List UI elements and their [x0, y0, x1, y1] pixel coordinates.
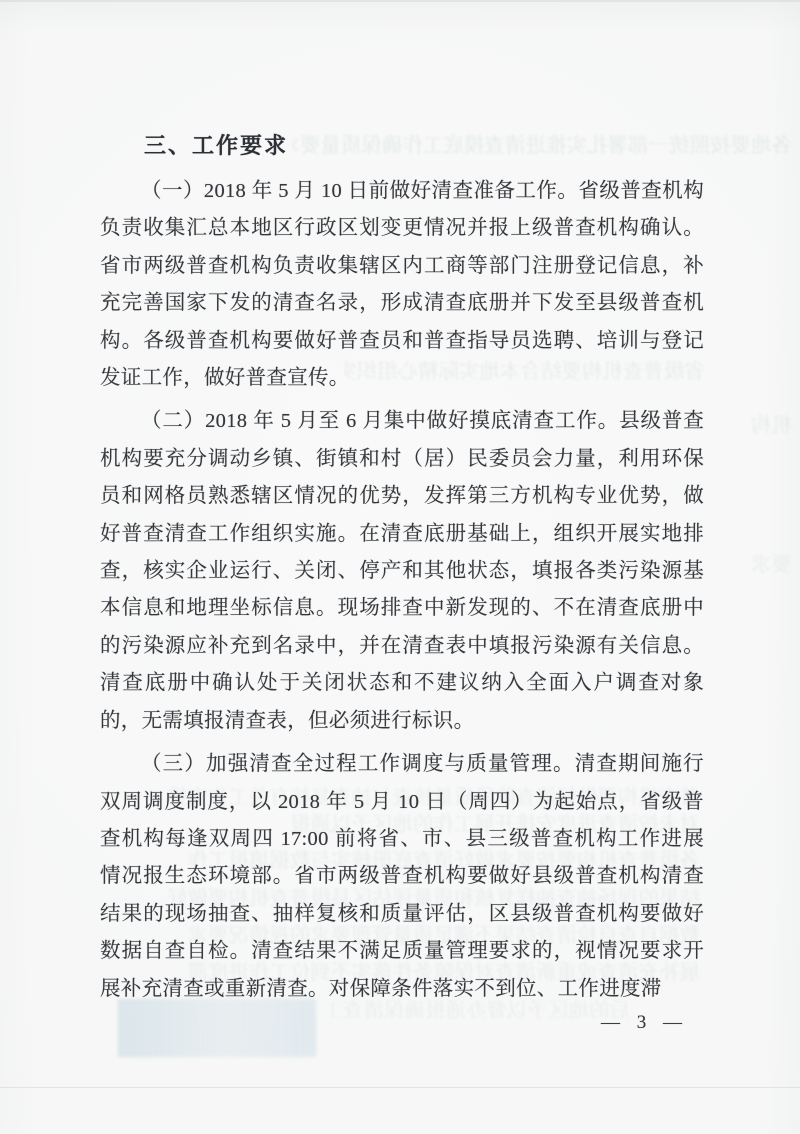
text-line: 的污染源应补充到名录中，并在清查表中填报污染源有关信息。: [100, 628, 704, 665]
text-line: 省市两级普查机构负责收集辖区内工商等部门注册登记信息，补: [100, 248, 704, 285]
text-line: 查机构每逢双周四 17:00 前将省、市、县三级普查机构工作进展: [100, 821, 704, 858]
text-line: 展补充清查或重新清查。对保障条件落实不到位、工作进度滞: [100, 971, 704, 1008]
page-number: — 3 —: [601, 1012, 688, 1034]
text-line: 本信息和地理坐标信息。现场排查中新发现的、不在清查底册中: [100, 590, 704, 627]
text-line: 查，核实企业运行、关闭、停产和其他状态，填报各类污染源基: [100, 553, 704, 590]
scan-top-edge: [0, 0, 800, 2]
text-line: 的，无需填报清查表，但必须进行标识。: [100, 703, 704, 740]
text-line: 情况报生态环境部。省市两级普查机构要做好县级普查机构清查: [100, 858, 704, 895]
paragraph-3: （三）加强清查全过程工作调度与质量管理。清查期间施行 双周调度制度，以 2018…: [100, 746, 704, 1008]
text-line: （三）加强清查全过程工作调度与质量管理。清查期间施行: [100, 746, 704, 783]
text-line: （一）2018 年 5 月 10 日前做好清查准备工作。省级普查机构: [100, 173, 704, 210]
section-heading: 三、工作要求: [100, 130, 704, 161]
text-line: （二）2018 年 5 月至 6 月集中做好摸底清查工作。县级普查: [100, 403, 704, 440]
text-line: 数据自查自检。清查结果不满足质量管理要求的，视情况要求开: [100, 933, 704, 970]
text-line: 机构要充分调动乡镇、街镇和村（居）民委员会力量，利用环保: [100, 441, 704, 478]
text-line: 好普查清查工作组织实施。在清查底册基础上，组织开展实地排: [100, 516, 704, 553]
text-line: 充完善国家下发的清查名录，形成清查底册并下发至县级普查机: [100, 285, 704, 322]
text-line: 双周调度制度，以 2018 年 5 月 10 日（周四）为起始点，省级普: [100, 784, 704, 821]
text-line: 员和网格员熟悉辖区情况的优势，发挥第三方机构专业优势，做: [100, 478, 704, 515]
text-line: 构。各级普查机构要做好普查员和普查指导员选聘、培训与登记: [100, 323, 704, 360]
text-line: 结果的现场抽查、抽样复核和质量评估，区县级普查机构要做好: [100, 896, 704, 933]
bleedthrough-ghost-text: 要求: [722, 553, 792, 579]
paragraph-1: （一）2018 年 5 月 10 日前做好清查准备工作。省级普查机构 负责收集汇…: [100, 173, 704, 397]
bleedthrough-ghost-text: 机构: [726, 414, 792, 440]
scan-artifact-line: [0, 1087, 800, 1088]
paragraph-2: （二）2018 年 5 月至 6 月集中做好摸底清查工作。县级普查 机构要充分调…: [100, 403, 704, 740]
document-page: 三、工作要求 （一）2018 年 5 月 10 日前做好清查准备工作。省级普查机…: [100, 130, 704, 1008]
text-line: 发证工作，做好普查宣传。: [100, 360, 704, 397]
text-line: 负责收集汇总本地区行政区划变更情况并报上级普查机构确认。: [100, 210, 704, 247]
text-line: 清查底册中确认处于关闭状态和不建议纳入全面入户调查对象: [100, 665, 704, 702]
